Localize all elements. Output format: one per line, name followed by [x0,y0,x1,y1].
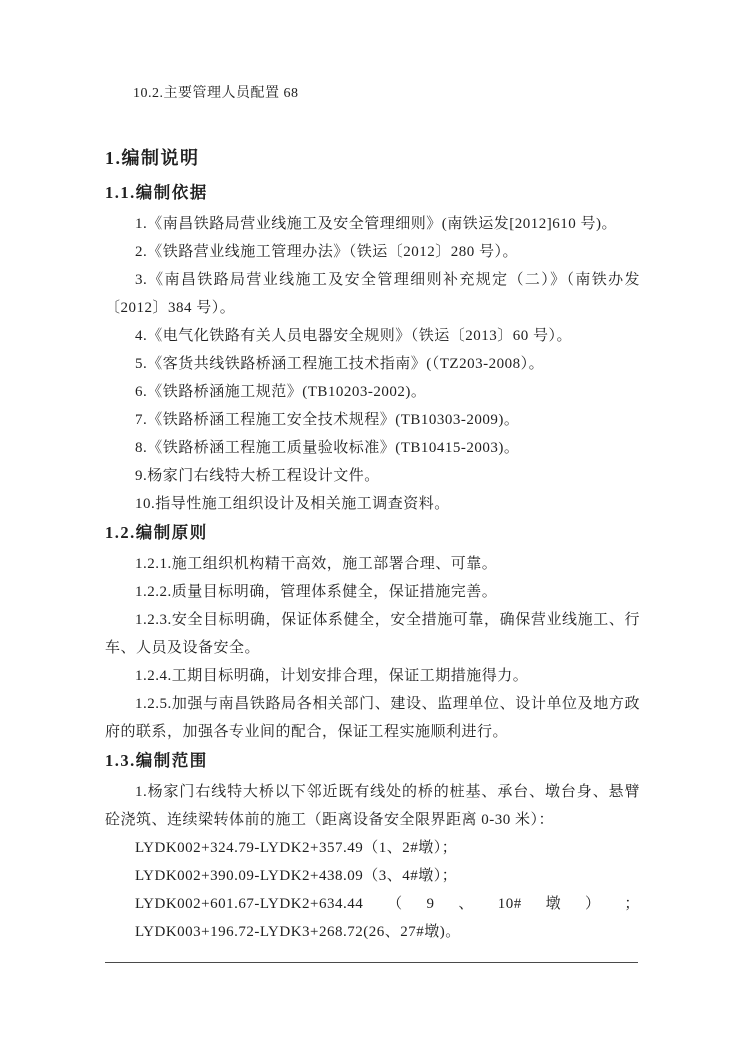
principle-item-2: 1.2.2.质量目标明确，管理体系健全，保证措施完善。 [105,578,640,606]
principle-item-1: 1.2.1.施工组织机构精干高效，施工部署合理、可靠。 [105,550,640,578]
reference-item-9: 9.杨家门右线特大桥工程设计文件。 [105,462,640,490]
chainage-line-3: LYDK002+601.67-LYDK2+634.44 （ 9 、 10# 墩 … [105,890,640,918]
chainage-line-1: LYDK002+324.79-LYDK2+357.49（1、2#墩）； [105,834,640,862]
chainage-token: 、 [458,890,474,918]
reference-item-2: 2.《铁路营业线施工管理办法》（铁运〔2012〕280 号）。 [105,238,640,266]
toc-tail-entry: 10.2.主要管理人员配置 68 [105,84,640,104]
reference-item-10: 10.指导性施工组织设计及相关施工调查资料。 [105,490,640,518]
principle-item-4: 1.2.4.工期目标明确，计划安排合理，保证工期措施得力。 [105,662,640,690]
reference-item-1: 1.《南昌铁路局营业线施工及安全管理细则》(南铁运发[2012]610 号)。 [105,210,640,238]
section-1-3-heading: 1.3.编制范围 [105,750,640,772]
chainage-token: （ [387,890,403,918]
chainage-token: 9 [427,890,435,918]
section-1-1-heading: 1.1.编制依据 [105,182,640,204]
chainage-token: ； [624,890,640,918]
chainage-token: ） [585,890,601,918]
reference-item-8: 8.《铁路桥涵工程施工质量验收标准》(TB10415-2003)。 [105,434,640,462]
principle-item-3: 1.2.3.安全目标明确，保证体系健全，安全措施可靠，确保营业线施工、行车、人员… [105,606,640,662]
reference-item-6: 6.《铁路桥涵施工规范》(TB10203-2002)。 [105,378,640,406]
reference-item-4: 4.《电气化铁路有关人员电器安全规则》（铁运〔2013〕60 号）。 [105,322,640,350]
footer-divider-rule [105,962,638,963]
reference-item-3: 3.《南昌铁路局营业线施工及安全管理细则补充规定（二）》（南铁办发〔2012〕3… [105,266,640,322]
reference-item-5: 5.《客货共线铁路桥涵工程施工技术指南》(（TZ203-2008）。 [105,350,640,378]
reference-item-7: 7.《铁路桥涵工程施工安全技术规程》(TB10303-2009)。 [105,406,640,434]
chainage-token: LYDK002+601.67-LYDK2+634.44 [135,890,363,918]
section-1-heading: 1.编制说明 [105,146,640,171]
section-1-2-heading: 1.2.编制原则 [105,522,640,544]
chainage-line-4: LYDK003+196.72-LYDK3+268.72(26、27#墩)。 [105,918,640,946]
document-page: 10.2.主要管理人员配置 68 1.编制说明 1.1.编制依据 1.《南昌铁路… [0,0,744,1052]
scope-intro-paragraph: 1.杨家门右线特大桥以下邻近既有线处的桥的桩基、承台、墩台身、悬臂砼浇筑、连续梁… [105,778,640,834]
chainage-token: 墩 [546,890,562,918]
chainage-token: 10# [498,890,522,918]
chainage-line-2: LYDK002+390.09-LYDK2+438.09（3、4#墩）； [105,862,640,890]
page-content: 10.2.主要管理人员配置 68 1.编制说明 1.1.编制依据 1.《南昌铁路… [0,0,744,946]
principle-item-5: 1.2.5.加强与南昌铁路局各相关部门、建设、监理单位、设计单位及地方政府的联系… [105,690,640,746]
